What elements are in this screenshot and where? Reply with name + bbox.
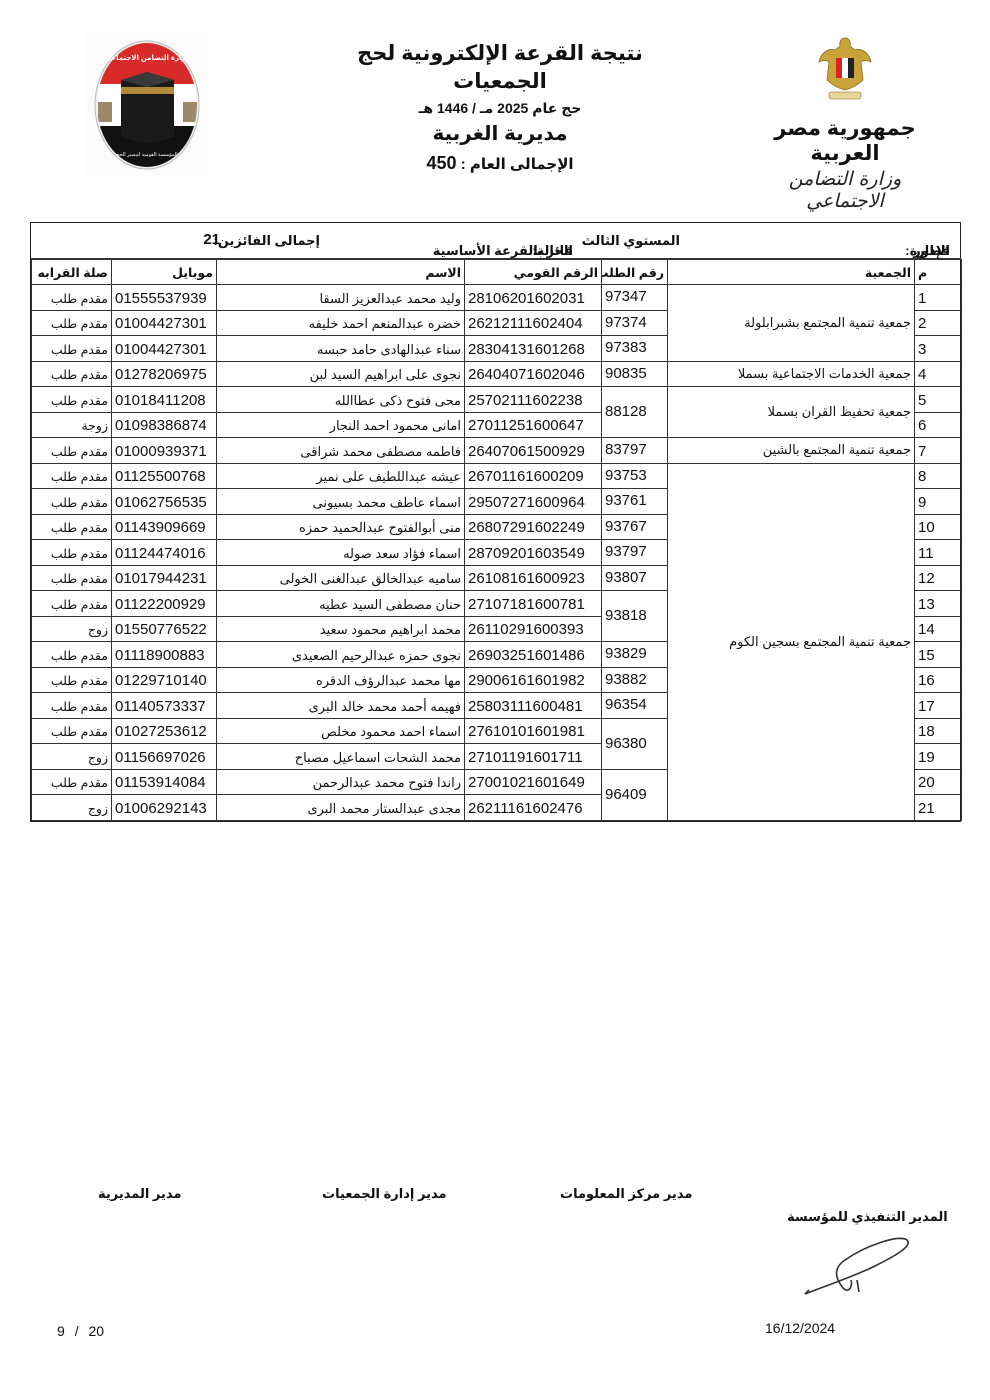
request-number: 97383 — [602, 336, 668, 362]
table-header-row: م الجمعية رقم الطلب الرقم القومي الاسم م… — [32, 260, 962, 285]
results-table-container: الإدارة: قطور المستوي الثالث الحالة: فائ… — [30, 222, 961, 822]
request-number: 93761 — [602, 489, 668, 515]
request-number: 93807 — [602, 565, 668, 591]
grand-total-value: 450 — [426, 153, 456, 173]
relation: مقدم طلب — [32, 769, 112, 795]
svg-text:المؤسسة القومية لتيسير الحج: المؤسسة القومية لتيسير الحج — [116, 152, 177, 158]
col-mobile: موبايل — [112, 260, 217, 285]
grand-total: الإجمالى العام : 450 — [330, 150, 670, 178]
applicant-name: فهيمه أحمد محمد خالد البرى — [217, 693, 465, 719]
national-id: 26404071602046 — [465, 361, 602, 387]
table-row: 8جمعية تنمية المجتمع بسجين الكوم93753267… — [32, 463, 962, 489]
row-index: 21 — [915, 795, 962, 821]
mobile-number: 01004427301 — [112, 310, 217, 336]
national-id: 25702111602238 — [465, 387, 602, 413]
national-id: 28106201602031 — [465, 285, 602, 311]
applicant-name: خضره عبدالمنعم احمد خليفه — [217, 310, 465, 336]
applicant-name: اسماء عاطف محمد بسيونى — [217, 489, 465, 515]
national-id: 26407061500929 — [465, 438, 602, 464]
national-id: 26110291600393 — [465, 616, 602, 642]
applicant-name: راندا فتوح محمد عبدالرحمن — [217, 769, 465, 795]
applicant-name: عيشه عبداللطيف على نمير — [217, 463, 465, 489]
row-index: 17 — [915, 693, 962, 719]
applicant-name: حنان مصطفى السيد عطيه — [217, 591, 465, 617]
request-number: 90835 — [602, 361, 668, 387]
country-name: جمهورية مصر العربية — [760, 116, 930, 166]
association-name: جمعية تحفيظ القران بسملا — [668, 387, 915, 438]
row-index: 15 — [915, 642, 962, 668]
mobile-number: 01125500768 — [112, 463, 217, 489]
mobile-number: 01118900883 — [112, 642, 217, 668]
table-row: 7جمعية تنمية المجتمع بالشين8379726407061… — [32, 438, 962, 464]
relation: مقدم طلب — [32, 565, 112, 591]
mobile-number: 01143909669 — [112, 514, 217, 540]
relation: مقدم طلب — [32, 642, 112, 668]
row-index: 5 — [915, 387, 962, 413]
applicant-name: وليد محمد عبدالعزيز السقا — [217, 285, 465, 311]
document-header: نتيجة القرعة الإلكترونية لحج الجمعيات حج… — [330, 40, 670, 178]
applicant-name: نجوى على ابراهيم السيد لبن — [217, 361, 465, 387]
mobile-number: 01153914084 — [112, 769, 217, 795]
relation: مقدم طلب — [32, 693, 112, 719]
national-id: 28304131601268 — [465, 336, 602, 362]
mobile-number: 01006292143 — [112, 795, 217, 821]
relation: مقدم طلب — [32, 540, 112, 566]
request-number: 96409 — [602, 769, 668, 820]
request-number: 96380 — [602, 718, 668, 769]
egypt-eagle-emblem-icon — [815, 34, 875, 106]
mobile-number: 01017944231 — [112, 565, 217, 591]
relation: مقدم طلب — [32, 667, 112, 693]
row-index: 10 — [915, 514, 962, 540]
applicant-name: نجوى حمزه عبدالرحيم الصعيدى — [217, 642, 465, 668]
national-id: 26807291602249 — [465, 514, 602, 540]
row-index: 19 — [915, 744, 962, 770]
request-number: 93797 — [602, 540, 668, 566]
national-id: 28709201603549 — [465, 540, 602, 566]
mobile-number: 01062756535 — [112, 489, 217, 515]
relation: مقدم طلب — [32, 310, 112, 336]
row-index: 18 — [915, 718, 962, 744]
sig-executive-director: المدير التنفيذي للمؤسسة — [787, 1209, 948, 1225]
relation: مقدم طلب — [32, 387, 112, 413]
national-id: 27011251600647 — [465, 412, 602, 438]
association-name: جمعية الخدمات الاجتماعية بسملا — [668, 361, 915, 387]
mobile-number: 01018411208 — [112, 387, 217, 413]
applicant-name: مها محمد عبدالرؤف الدقره — [217, 667, 465, 693]
applicant-name: محى فتوح ذكى عطاالله — [217, 387, 465, 413]
relation: مقدم طلب — [32, 438, 112, 464]
applicant-name: ساميه عبدالخالق عبدالغنى الخولى — [217, 565, 465, 591]
request-number: 97347 — [602, 285, 668, 311]
mobile-number: 01140573337 — [112, 693, 217, 719]
ministry-name: وزارة التضامن الاجتماعي — [760, 168, 930, 212]
national-id: 26211161602476 — [465, 795, 602, 821]
relation: مقدم طلب — [32, 285, 112, 311]
national-id: 27101191601711 — [465, 744, 602, 770]
egypt-ministry-logo: جمهورية مصر العربية وزارة التضامن الاجتم… — [760, 34, 930, 184]
info-band: الإدارة: قطور المستوي الثالث الحالة: فائ… — [31, 223, 960, 259]
national-id: 26212111602404 — [465, 310, 602, 336]
relation: زوج — [32, 795, 112, 821]
national-id: 26108161600923 — [465, 565, 602, 591]
applicant-name: اسماء احمد محمود مخلص — [217, 718, 465, 744]
applicant-name: سناء عبدالهادى حامد حبسه — [217, 336, 465, 362]
national-id: 29006161601982 — [465, 667, 602, 693]
relation: مقدم طلب — [32, 718, 112, 744]
document-title: نتيجة القرعة الإلكترونية لحج الجمعيات — [330, 40, 670, 96]
grand-total-label: الإجمالى العام : — [461, 156, 574, 173]
national-id: 25803111600481 — [465, 693, 602, 719]
request-number: 83797 — [602, 438, 668, 464]
handwritten-signature-icon — [795, 1236, 915, 1306]
page-current: 9 — [57, 1323, 65, 1339]
request-number: 93818 — [602, 591, 668, 642]
relation: مقدم طلب — [32, 514, 112, 540]
applicant-name: محمد ابراهيم محمود سعيد — [217, 616, 465, 642]
mobile-number: 01156697026 — [112, 744, 217, 770]
row-index: 7 — [915, 438, 962, 464]
row-index: 14 — [915, 616, 962, 642]
level: المستوي الثالث — [582, 233, 680, 249]
svg-text:وزارة التضامن الاجتماعي: وزارة التضامن الاجتماعي — [104, 55, 190, 62]
applicant-name: محمد الشحات اسماعيل مصباح — [217, 744, 465, 770]
national-id: 27001021601649 — [465, 769, 602, 795]
national-id: 27610101601981 — [465, 718, 602, 744]
winners-total-value: 21 — [203, 231, 220, 248]
request-number: 88128 — [602, 387, 668, 438]
kaaba-emblem-icon: وزارة التضامن الاجتماعي المؤسسة القومية … — [86, 32, 208, 177]
relation: زوجة — [32, 412, 112, 438]
table-body: 1جمعية تنمية المجتمع بشبرابلولة973472810… — [32, 285, 962, 821]
relation: مقدم طلب — [32, 361, 112, 387]
applicant-name: مجدى عبدالستار محمد البرى — [217, 795, 465, 821]
col-request-no: رقم الطلب — [602, 260, 668, 285]
mobile-number: 01000939371 — [112, 438, 217, 464]
sig-info-center-manager: مدير مركز المعلومات — [560, 1186, 692, 1202]
mobile-number: 01004427301 — [112, 336, 217, 362]
page-separator: / — [75, 1323, 79, 1339]
page-number: 9 / 20 — [57, 1323, 104, 1339]
applicant-name: اسماء فؤاد سعد صوله — [217, 540, 465, 566]
request-number: 96354 — [602, 693, 668, 719]
directorate-name: مديرية الغربية — [330, 120, 670, 148]
association-name: جمعية تنمية المجتمع بالشين — [668, 438, 915, 464]
document-date: 16/12/2024 — [765, 1320, 835, 1336]
results-table: م الجمعية رقم الطلب الرقم القومي الاسم م… — [31, 259, 962, 821]
col-relation: صلة القرابه — [32, 260, 112, 285]
national-id: 29507271600964 — [465, 489, 602, 515]
request-number: 93767 — [602, 514, 668, 540]
relation: مقدم طلب — [32, 591, 112, 617]
national-id: 26701161600209 — [465, 463, 602, 489]
col-national-id: الرقم القومي — [465, 260, 602, 285]
mobile-number: 01229710140 — [112, 667, 217, 693]
mobile-number: 01027253612 — [112, 718, 217, 744]
table-row: 5جمعية تحفيظ القران بسملا881282570211160… — [32, 387, 962, 413]
table-row: 1جمعية تنمية المجتمع بشبرابلولة973472810… — [32, 285, 962, 311]
relation: زوج — [32, 616, 112, 642]
row-index: 13 — [915, 591, 962, 617]
association-name: جمعية تنمية المجتمع بسجين الكوم — [668, 463, 915, 820]
row-index: 1 — [915, 285, 962, 311]
row-index: 16 — [915, 667, 962, 693]
applicant-name: امانى محمود احمد النجار — [217, 412, 465, 438]
national-id: 26903251601486 — [465, 642, 602, 668]
relation: مقدم طلب — [32, 336, 112, 362]
row-index: 3 — [915, 336, 962, 362]
request-number: 93829 — [602, 642, 668, 668]
kaaba-emblem-logo: وزارة التضامن الاجتماعي المؤسسة القومية … — [86, 32, 208, 177]
row-index: 11 — [915, 540, 962, 566]
col-association: الجمعية — [668, 260, 915, 285]
relation: مقدم طلب — [32, 489, 112, 515]
col-index: م — [915, 260, 962, 285]
status-value: فائز بالقرعة الأساسية — [433, 243, 573, 259]
row-index: 20 — [915, 769, 962, 795]
mobile-number: 01550776522 — [112, 616, 217, 642]
row-index: 6 — [915, 412, 962, 438]
national-id: 27107181600781 — [465, 591, 602, 617]
winners-total-label: إجمالى الفائزين: — [213, 233, 320, 249]
applicant-name: فاطمه مصطفى محمد شراقى — [217, 438, 465, 464]
relation: مقدم طلب — [32, 463, 112, 489]
mobile-number: 01555537939 — [112, 285, 217, 311]
mobile-number: 01098386874 — [112, 412, 217, 438]
col-name: الاسم — [217, 260, 465, 285]
relation: زوج — [32, 744, 112, 770]
row-index: 8 — [915, 463, 962, 489]
mobile-number: 01122200929 — [112, 591, 217, 617]
row-index: 12 — [915, 565, 962, 591]
row-index: 2 — [915, 310, 962, 336]
request-number: 97374 — [602, 310, 668, 336]
table-row: 4جمعية الخدمات الاجتماعية بسملا908352640… — [32, 361, 962, 387]
request-number: 93882 — [602, 667, 668, 693]
sig-directorate-manager: مدير المديرية — [98, 1186, 181, 1202]
row-index: 9 — [915, 489, 962, 515]
association-name: جمعية تنمية المجتمع بشبرابلولة — [668, 285, 915, 362]
mobile-number: 01278206975 — [112, 361, 217, 387]
hajj-year: حج عام 2025 مـ / 1446 هـ — [330, 98, 670, 118]
row-index: 4 — [915, 361, 962, 387]
request-number: 93753 — [602, 463, 668, 489]
applicant-name: منى أبوالفتوح عبدالحميد حمزه — [217, 514, 465, 540]
administration-value: قطور — [913, 243, 950, 259]
mobile-number: 01124474016 — [112, 540, 217, 566]
page-total: 20 — [88, 1323, 104, 1339]
sig-associations-manager: مدير إدارة الجمعيات — [322, 1186, 447, 1202]
